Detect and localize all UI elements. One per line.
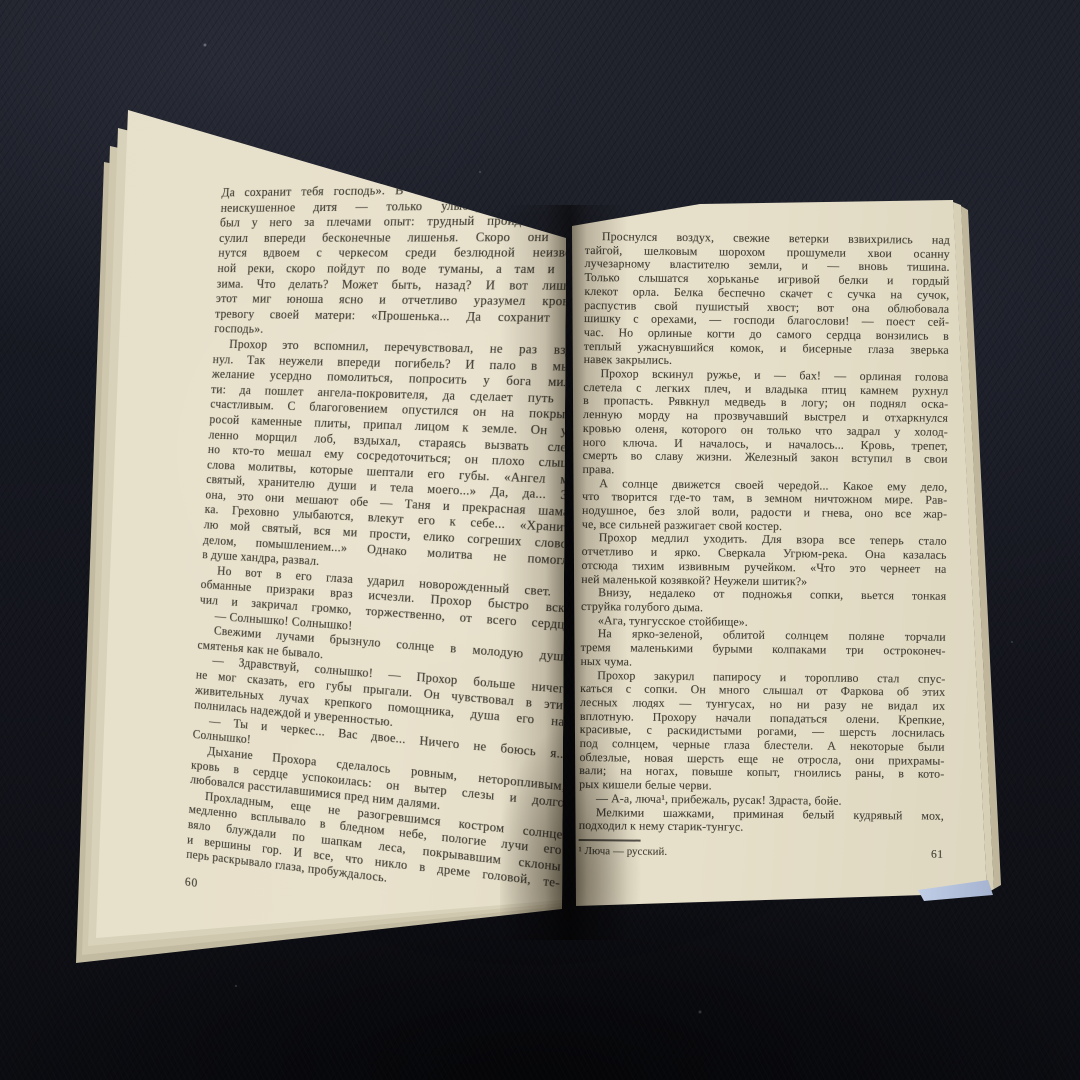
left-page-text: Да сохранит тебя господь». В то время Пр… (184, 180, 600, 936)
left-page-lines: Да сохранит тебя господь». В то время Пр… (186, 180, 600, 907)
text-line: ной реки, скоро пойдут по воде туманы, а… (217, 261, 595, 278)
right-page-lines: Проснулся воздух, свежие ветерки взвихри… (579, 230, 950, 837)
text-line: сулил впереди бесконечные лишенья. Скоро… (219, 229, 598, 246)
footnote-block: ¹ Люча — русский. 61 (578, 839, 943, 863)
footnote: ¹ Люча — русский. (578, 845, 667, 860)
photo-open-book: Да сохранит тебя господь». В то время Пр… (0, 0, 1080, 1080)
footnote-rule (579, 839, 641, 842)
right-page-text: Проснулся воздух, свежие ветерки взвихри… (578, 230, 950, 862)
right-page-number: 61 (931, 849, 944, 863)
text-line: нутся вдвоем с черкесом среди безлюдной … (218, 245, 596, 261)
